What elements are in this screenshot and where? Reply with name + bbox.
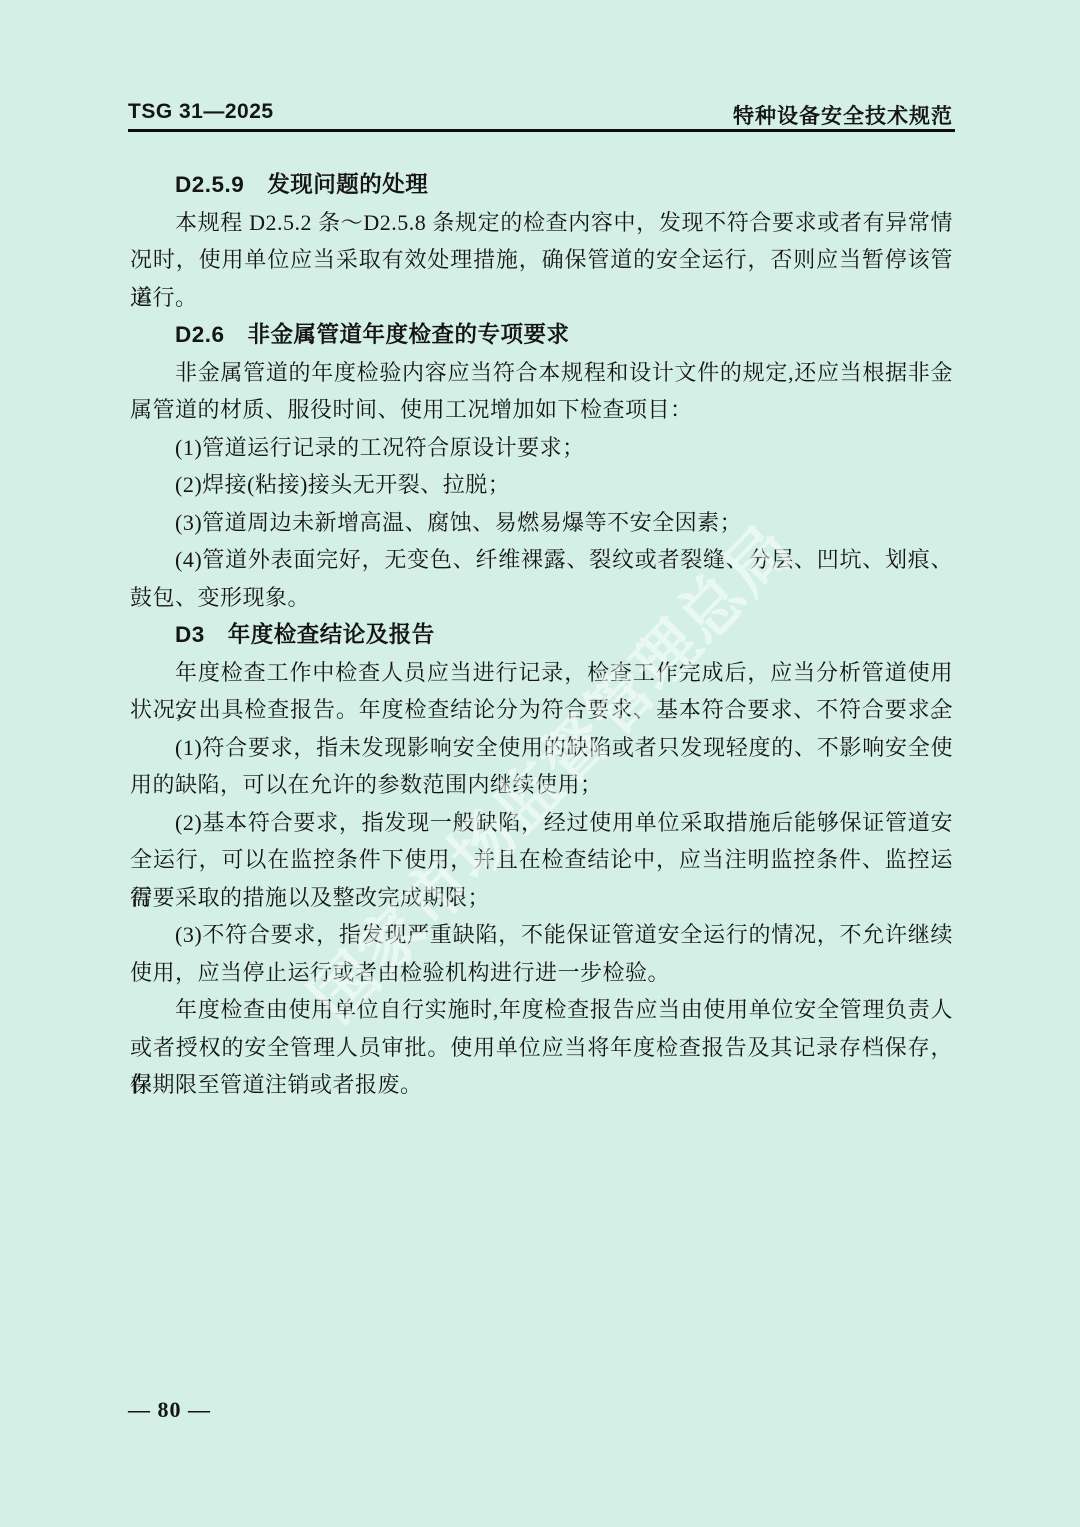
text-line: (3)不符合要求，指发现严重缺陷，不能保证管道安全运行的情况，不允许继续 <box>130 916 953 954</box>
header-document-title: 特种设备安全技术规范 <box>733 100 953 130</box>
text-line: 年度检查工作中检查人员应当进行记录，检查工作完成后，应当分析管道使用安全 <box>130 654 953 692</box>
text-line: 存期限至管道注销或者报废。 <box>130 1066 953 1104</box>
text-line: 或者授权的安全管理人员审批。使用单位应当将年度检查报告及其记录存档保存，保 <box>130 1029 953 1067</box>
header-document-code: TSG 31—2025 <box>128 100 274 124</box>
text-line: 本规程 D2.5.2 条～D2.5.8 条规定的检查内容中，发现不符合要求或者有… <box>130 204 953 242</box>
text-line: (4)管道外表面完好，无变色、纤维裸露、裂纹或者裂缝、分层、凹坑、划痕、 <box>130 541 953 579</box>
text-line: 使用，应当停止运行或者由检验机构进行进一步检验。 <box>130 954 953 992</box>
text-line: 全运行，可以在监控条件下使用，并且在检查结论中，应当注明监控条件、监控运行 <box>130 841 953 879</box>
text-line: (2)焊接(粘接)接头无开裂、拉脱； <box>130 466 953 504</box>
document-body: D2.5.9 发现问题的处理本规程 D2.5.2 条～D2.5.8 条规定的检查… <box>130 166 953 1104</box>
text-line: (1)符合要求，指未发现影响安全使用的缺陷或者只发现轻度的、不影响安全使 <box>130 729 953 767</box>
header-rule <box>128 129 955 132</box>
text-line: 况时，使用单位应当采取有效处理措施，确保管道的安全运行，否则应当暂停该管道 <box>130 241 953 279</box>
document-page: TSG 31—2025 特种设备安全技术规范 D2.5.9 发现问题的处理本规程… <box>0 0 1080 1527</box>
text-line: 年度检查由使用单位自行实施时,年度检查报告应当由使用单位安全管理负责人 <box>130 991 953 1029</box>
text-line: (3)管道周边未新增高温、腐蚀、易燃易爆等不安全因素； <box>130 504 953 542</box>
text-line: 鼓包、变形现象。 <box>130 579 953 617</box>
text-line: 属管道的材质、服役时间、使用工况增加如下检查项目： <box>130 391 953 429</box>
text-line: 非金属管道的年度检验内容应当符合本规程和设计文件的规定,还应当根据非金 <box>130 354 953 392</box>
text-line: D3 年度检查结论及报告 <box>130 616 953 654</box>
text-line: 状况，出具检查报告。年度检查结论分为符合要求、基本符合要求、不符合要求。 <box>130 691 953 729</box>
text-line: (2)基本符合要求，指发现一般缺陷，经过使用单位采取措施后能够保证管道安 <box>130 804 953 842</box>
text-line: D2.6 非金属管道年度检查的专项要求 <box>130 316 953 354</box>
text-line: D2.5.9 发现问题的处理 <box>130 166 953 204</box>
text-line: 运行。 <box>130 279 953 317</box>
text-line: 需要采取的措施以及整改完成期限； <box>130 879 953 917</box>
text-line: (1)管道运行记录的工况符合原设计要求； <box>130 429 953 467</box>
footer-page-number: — 80 — <box>128 1397 211 1423</box>
text-line: 用的缺陷，可以在允许的参数范围内继续使用； <box>130 766 953 804</box>
